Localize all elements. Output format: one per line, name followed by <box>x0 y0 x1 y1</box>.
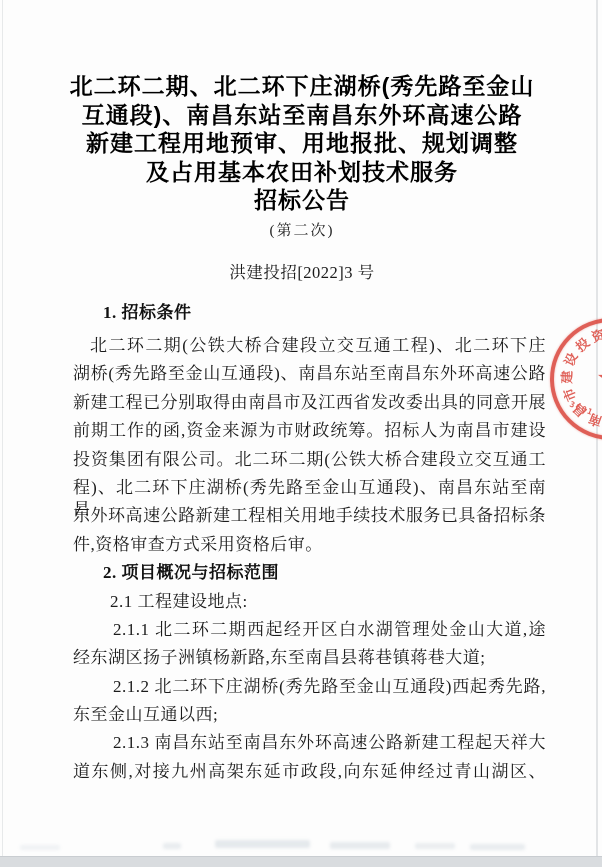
seal-star-icon: ★ <box>596 362 602 396</box>
document-title: 北二环二期、北二环下庄湖桥(秀先路至金山 互通段)、南昌东站至南昌东外环高速公路… <box>57 72 547 215</box>
title-line: 新建工程用地预审、用地报批、规划调整 <box>57 129 547 158</box>
title-line: 互通段)、南昌东站至南昌东外环高速公路 <box>57 101 547 130</box>
body-line: 2.1 工程建设地点: <box>73 591 546 619</box>
scan-smudge <box>215 840 310 848</box>
title-line: 北二环二期、北二环下庄湖桥(秀先路至金山 <box>57 72 547 101</box>
body-line: 2.1.1 北二环二期西起经开区白水湖管理处金山大道,途 <box>73 619 546 647</box>
body-line: 新建工程已分别取得由南昌市及江西省发改委出具的同意开展 <box>73 392 546 420</box>
scan-smudge <box>470 844 525 850</box>
body-line: 2.1.3 南昌东站至南昌东外环高速公路新建工程起天祥大 <box>73 732 546 760</box>
scan-smudge <box>20 845 60 850</box>
page-edge-bottom <box>0 856 602 867</box>
seal-arc-char: 建 <box>556 370 575 384</box>
body-line: 件,资格审查方式采用资格后审。 <box>73 534 546 562</box>
body-line: 经东湖区扬子洲镇杨新路,东至南昌县蒋巷镇蒋巷大道; <box>73 647 546 675</box>
body-line: 东外环高速公路新建工程相关用地手续技术服务已具备招标条 <box>73 505 546 533</box>
scan-smudge <box>415 843 455 849</box>
scan-smudge <box>330 842 390 849</box>
body-line: 2.1.2 北二环下庄湖桥(秀先路至金山互通段)西起秀先路, <box>73 676 546 704</box>
document-reference-number: 洪建投招[2022]3 号 <box>57 259 547 283</box>
body-line: 东至金山互通以西; <box>73 704 546 732</box>
body-line: 北二环二期(公铁大桥合建段立交互通工程)、北二环下庄 <box>73 335 546 363</box>
document-subtitle: (第二次) <box>57 219 547 240</box>
page-edge-left <box>2 0 3 856</box>
body-line: 道东侧,对接九州高架东延市政段,向东延伸经过青山湖区、 <box>73 761 546 789</box>
document-body: 1. 招标条件 北二环二期(公铁大桥合建段立交互通工程)、北二环下庄 湖桥(秀先… <box>73 302 546 789</box>
title-line: 及占用基本农田补划技术服务 <box>57 158 547 187</box>
body-line: 程)、北二环下庄湖桥(秀先路至金山互通段)、南昌东站至南昌 <box>73 477 546 505</box>
section-heading: 1. 招标条件 <box>73 302 546 330</box>
body-line: 前期工作的函,资金来源为市财政统筹。招标人为南昌市建设 <box>73 420 546 448</box>
title-line: 招标公告 <box>57 186 547 215</box>
scanned-document-page: 北二环二期、北二环下庄湖桥(秀先路至金山 互通段)、南昌东站至南昌东外环高速公路… <box>0 0 602 867</box>
section-heading: 2. 项目概况与招标范围 <box>73 562 546 590</box>
body-line: 湖桥(秀先路至金山互通段)、南昌东站至南昌东外环高速公路 <box>73 363 546 391</box>
body-line: 投资集团有限公司。北二环二期(公铁大桥合建段立交互通工 <box>73 449 546 477</box>
official-red-seal: 南 昌 市 建 设 投 资 ★ 3601 <box>538 306 602 452</box>
scan-smudge <box>163 843 181 849</box>
